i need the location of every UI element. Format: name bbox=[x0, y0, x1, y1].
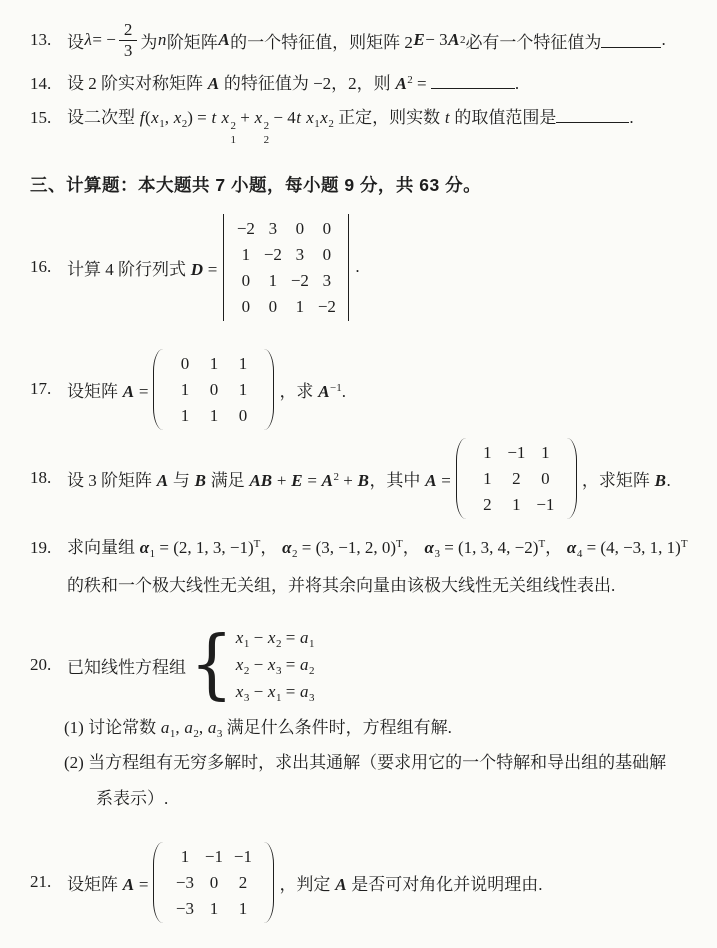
problem-15-text: 设二次型 f(x1, x2) = t x21 + x22 − 4t x1x2 正… bbox=[67, 106, 634, 146]
equation-2: x2 − x3 = a2 bbox=[235, 654, 314, 676]
matrix-cell: 1 bbox=[170, 379, 199, 400]
matrix-cell: −3 bbox=[170, 872, 199, 893]
problem-14: 14. 设 2 阶实对称矩阵 A 的特征值为 −2，2，则 A2 = . bbox=[30, 72, 711, 96]
matrix-a-3x3: 011101110 bbox=[153, 349, 274, 430]
problem-20-item-2-cont: 系表示）. bbox=[96, 787, 168, 811]
matrix-cell: 3 bbox=[259, 218, 286, 239]
problem-17-question: ，求 A−1. bbox=[279, 377, 346, 402]
problem-19-number: 19. bbox=[30, 536, 67, 560]
problem-21: 21. 设矩阵 A = 1−1−1−302−311 ，判定 A 是否可对角化并说… bbox=[30, 836, 711, 928]
problem-18: 18. 设 3 阶矩阵 A 与 B 满足 AB + E = A2 + B，其中 … bbox=[30, 436, 711, 520]
answer-blank bbox=[601, 33, 661, 48]
problem-19: 19. 求向量组 α1 = (2, 1, 3, −1)T， α2 = (3, −… bbox=[30, 536, 711, 560]
problem-17-number: 17. bbox=[30, 379, 67, 399]
matrix-cell: 1 bbox=[199, 898, 228, 919]
problem-14-text: 设 2 阶实对称矩阵 A 的特征值为 −2，2，则 A2 = . bbox=[67, 72, 519, 96]
problem-13: 13. 设 λ = − 23 为 n 阶矩阵 A 的一个特征值，则矩阵 2E −… bbox=[30, 14, 711, 66]
matrix-cell: 0 bbox=[286, 218, 313, 239]
matrix-cell: 1 bbox=[170, 846, 199, 867]
matrix-cell: −1 bbox=[228, 846, 257, 867]
matrix-cell: 1 bbox=[170, 405, 199, 426]
problem-17-text: 设矩阵 A = bbox=[67, 377, 148, 402]
matrix-cell: 0 bbox=[531, 468, 560, 489]
matrix-cell: 1 bbox=[232, 244, 259, 265]
answer-blank bbox=[556, 108, 629, 123]
problem-18-text: 设 3 阶矩阵 A 与 B 满足 AB + E = A2 + B，其中 A = bbox=[67, 466, 451, 491]
answer-blank bbox=[431, 74, 515, 89]
matrix-cell: 0 bbox=[232, 270, 259, 291]
matrix-cell: 0 bbox=[313, 244, 340, 265]
section-header: 三、计算题：本大题共 7 小题，每小题 9 分，共 63 分。 bbox=[30, 173, 711, 197]
problem-20-number: 20. bbox=[30, 655, 67, 675]
matrix-a-3x3: 1−1−1−302−311 bbox=[153, 842, 274, 923]
matrix-cell: 0 bbox=[259, 296, 286, 317]
problem-20-intro: 已知线性方程组 bbox=[67, 653, 186, 678]
matrix-cell: 1 bbox=[228, 353, 257, 374]
paren-left bbox=[153, 842, 163, 923]
problem-13-number: 13. bbox=[30, 30, 67, 50]
problem-15-number: 15. bbox=[30, 106, 67, 130]
matrix-cell: 0 bbox=[199, 379, 228, 400]
equation-1: x1 − x2 = a1 bbox=[235, 627, 314, 649]
matrix-cell: 2 bbox=[228, 872, 257, 893]
matrix-cell: 1 bbox=[228, 379, 257, 400]
matrix-cell: 1 bbox=[286, 296, 313, 317]
matrix-cell: 2 bbox=[473, 494, 502, 515]
matrix-cell: 3 bbox=[286, 244, 313, 265]
equation-3: x3 − x1 = a3 bbox=[235, 681, 314, 703]
matrix-cell: 0 bbox=[199, 872, 228, 893]
det-bar-right bbox=[348, 214, 349, 321]
matrix-cell: 1 bbox=[502, 494, 531, 515]
problem-16: 16. 计算 4 阶行列式 D = −23001−23001−23001−2 . bbox=[30, 211, 711, 323]
section-header-text: 三、计算题：本大题共 7 小题，每小题 9 分，共 63 分。 bbox=[30, 173, 481, 197]
problem-20: 20. 已知线性方程组 { x1 − x2 = a1 x2 − x3 = a2 … bbox=[30, 621, 711, 709]
matrix-cell: 0 bbox=[170, 353, 199, 374]
paren-left bbox=[153, 349, 163, 430]
matrix-grid: 1−1112021−1 bbox=[466, 438, 567, 519]
matrix-cell: 1 bbox=[473, 442, 502, 463]
determinant-4x4: −23001−23001−23001−2 bbox=[222, 214, 350, 321]
problem-15: 15. 设二次型 f(x1, x2) = t x21 + x22 − 4t x1… bbox=[30, 106, 711, 146]
matrix-grid: 1−1−1−302−311 bbox=[163, 842, 264, 923]
matrix-a-3x3: 1−1112021−1 bbox=[456, 438, 577, 519]
matrix-cell: 1 bbox=[228, 898, 257, 919]
problem-20-item-2: (2) 当方程组有无穷多解时，求出其通解（要求用它的一个特解和导出组的基础解 bbox=[64, 751, 666, 775]
matrix-cell: 1 bbox=[473, 468, 502, 489]
matrix-cell: 1 bbox=[199, 405, 228, 426]
left-brace: { bbox=[190, 627, 233, 703]
matrix-cell: −2 bbox=[259, 244, 286, 265]
matrix-cell: 1 bbox=[199, 353, 228, 374]
matrix-cell: 0 bbox=[232, 296, 259, 317]
problem-21-number: 21. bbox=[30, 872, 67, 892]
matrix-cell: 1 bbox=[531, 442, 560, 463]
problem-21-text: 设矩阵 A = bbox=[67, 870, 148, 895]
problem-17: 17. 设矩阵 A = 011101110 ，求 A−1. bbox=[30, 348, 711, 430]
problem-13-text: 设 λ = − 23 为 n 阶矩阵 A 的一个特征值，则矩阵 2E − 3A2… bbox=[67, 20, 666, 60]
matrix-cell: −2 bbox=[232, 218, 259, 239]
problem-16-number: 16. bbox=[30, 257, 67, 277]
problem-19-line2: 的秩和一个极大线性无关组，并将其余向量由该极大线性无关组线性表出. bbox=[67, 574, 615, 598]
matrix-cell: 0 bbox=[313, 218, 340, 239]
problem-16-text: 计算 4 阶行列式 D = bbox=[67, 255, 217, 280]
matrix-grid: −23001−23001−23001−2 bbox=[225, 214, 347, 321]
paren-left bbox=[456, 438, 466, 519]
matrix-cell: −2 bbox=[286, 270, 313, 291]
matrix-cell: −3 bbox=[170, 898, 199, 919]
matrix-cell: −1 bbox=[502, 442, 531, 463]
matrix-cell: 2 bbox=[502, 468, 531, 489]
problem-18-number: 18. bbox=[30, 468, 67, 488]
paren-right bbox=[264, 349, 274, 430]
problem-16-period: . bbox=[355, 257, 359, 277]
problem-18-question: ，求矩阵 B. bbox=[582, 466, 671, 491]
matrix-cell: 0 bbox=[228, 405, 257, 426]
paren-right bbox=[264, 842, 274, 923]
problem-19-vectors: 求向量组 α1 = (2, 1, 3, −1)T， α2 = (3, −1, 2… bbox=[67, 536, 688, 560]
matrix-cell: 1 bbox=[259, 270, 286, 291]
equation-system: x1 − x2 = a1 x2 − x3 = a2 x3 − x1 = a3 bbox=[235, 627, 314, 703]
exam-page: 13. 设 λ = − 23 为 n 阶矩阵 A 的一个特征值，则矩阵 2E −… bbox=[0, 0, 717, 948]
paren-right bbox=[567, 438, 577, 519]
matrix-cell: −1 bbox=[199, 846, 228, 867]
problem-14-number: 14. bbox=[30, 72, 67, 96]
problem-21-question: ，判定 A 是否可对角化并说明理由. bbox=[279, 870, 542, 895]
matrix-cell: −1 bbox=[531, 494, 560, 515]
matrix-cell: 3 bbox=[313, 270, 340, 291]
matrix-cell: −2 bbox=[313, 296, 340, 317]
matrix-grid: 011101110 bbox=[163, 349, 264, 430]
det-bar-left bbox=[223, 214, 224, 321]
problem-20-item-1: (1) 讨论常数 a1, a2, a3 满足什么条件时，方程组有解. bbox=[64, 716, 452, 740]
